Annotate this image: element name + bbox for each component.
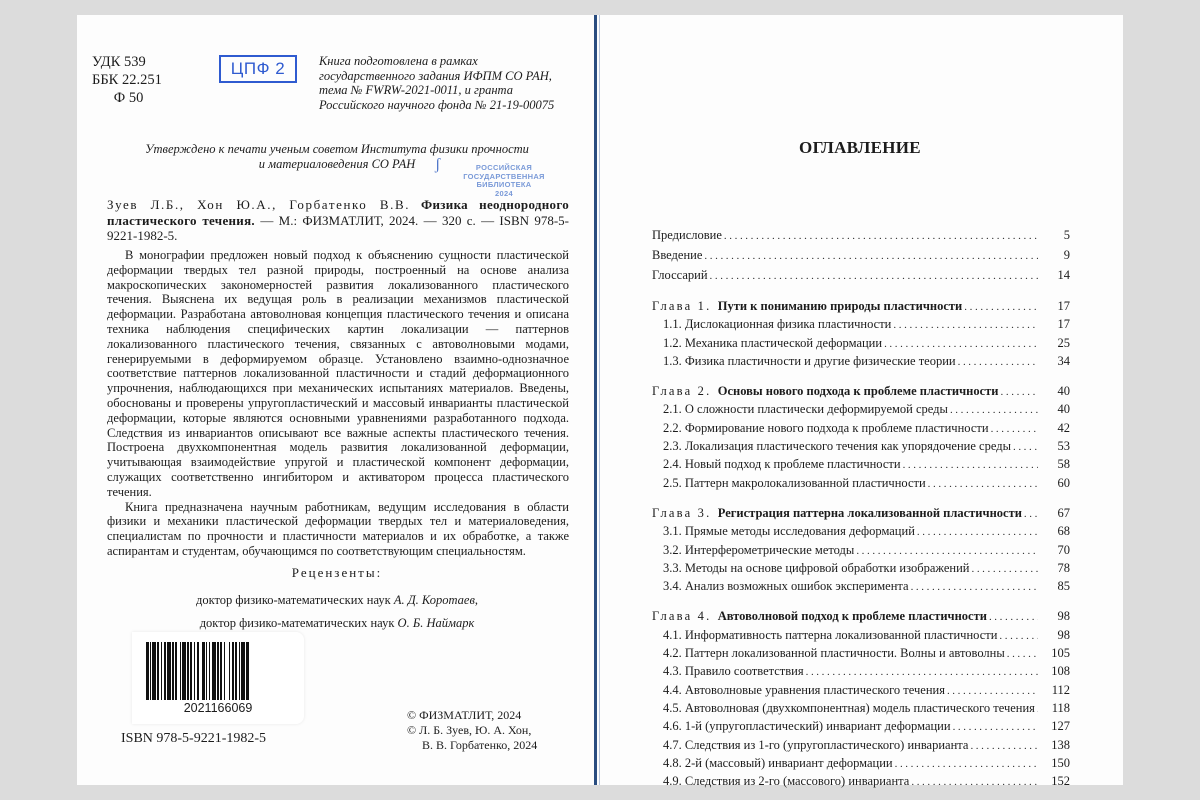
toc-page-number: 152	[1044, 772, 1070, 790]
chapter-prefix: Глава 3.	[652, 506, 711, 520]
dot-leader	[893, 316, 1038, 334]
toc-page-number: 138	[1044, 736, 1070, 754]
left-page: УДК 539 ББК 22.251 Ф 50 ЦПФ 2 Книга подг…	[77, 15, 597, 785]
dot-leader	[710, 266, 1038, 286]
toc-chapter-label: Глава 4. Автоволновой подход к проблеме …	[652, 607, 987, 625]
toc-page-number: 127	[1044, 717, 1070, 735]
toc-page-number: 34	[1044, 352, 1070, 370]
dot-leader	[895, 755, 1038, 773]
dot-leader	[958, 353, 1038, 371]
toc-page-number: 98	[1044, 607, 1070, 625]
dot-leader	[947, 682, 1038, 700]
dot-leader	[989, 608, 1038, 626]
copyright-line: © Л. Б. Зуев, Ю. А. Хон,	[407, 723, 537, 738]
toc-section-label: 4.1. Информативность паттерна локализова…	[663, 626, 997, 644]
toc-page-number: 105	[1044, 644, 1070, 662]
dot-leader	[884, 335, 1038, 353]
toc-section-label: 2.1. О сложности пластически деформируем…	[663, 400, 948, 418]
dot-leader	[1013, 438, 1038, 456]
toc-section-label: 4.7. Следствия из 1-го (упругопластическ…	[663, 736, 968, 754]
toc-entry[interactable]: Глоссарий14	[652, 265, 1070, 285]
dot-leader	[724, 226, 1038, 246]
toc-page-number: 17	[1044, 315, 1070, 333]
toc-section[interactable]: 3.1. Прямые методы исследования деформац…	[652, 522, 1070, 540]
toc-page-number: 58	[1044, 455, 1070, 473]
dot-leader	[991, 420, 1038, 438]
book-spine-edge	[599, 15, 600, 785]
toc-section-label: 1.3. Физика пластичности и другие физиче…	[663, 352, 956, 370]
dot-leader	[953, 718, 1038, 736]
dot-leader	[856, 542, 1038, 560]
dot-leader	[928, 475, 1038, 493]
toc-entry-label: Введение	[652, 245, 702, 265]
toc-section[interactable]: 1.2. Механика пластической деформации25	[652, 334, 1070, 352]
abstract-paragraph: Книга предназначена научным работникам, …	[107, 500, 569, 559]
toc-section-label: 4.6. 1-й (упругопластический) инвариант …	[663, 717, 951, 735]
toc-gap	[652, 595, 1070, 607]
toc-section-label: 1.2. Механика пластической деформации	[663, 334, 882, 352]
barcode-sticker: 2021166069	[132, 632, 304, 724]
isbn: ISBN 978-5-9221-1982-5	[121, 731, 266, 747]
toc-page-number: 67	[1044, 504, 1070, 522]
copyright-block: © ФИЗМАТЛИТ, 2024 © Л. Б. Зуев, Ю. А. Хо…	[407, 708, 537, 753]
dot-leader	[1007, 645, 1038, 663]
classification-codes: УДК 539 ББК 22.251 Ф 50	[92, 53, 162, 107]
reviewer-degree: доктор физико-математических наук	[200, 616, 395, 630]
approval-line-1: Утверждено к печати ученым советом Инсти…	[97, 142, 577, 157]
chapter-prefix: Глава 1.	[652, 299, 711, 313]
toc-section-label: 2.3. Локализация пластического течения к…	[663, 437, 1011, 455]
reviewer: доктор физико-математических наук О. Б. …	[97, 616, 577, 631]
toc-section[interactable]: 4.9. Следствия из 2-го (массового) инвар…	[652, 772, 1070, 790]
toc-entry-label: Предисловие	[652, 225, 722, 245]
reviewer-suffix: ,	[475, 593, 478, 607]
cpf-stamp: ЦПФ 2	[219, 55, 297, 83]
toc-chapter[interactable]: Глава 1. Пути к пониманию природы пласти…	[652, 297, 1070, 315]
toc-section-label: 2.2. Формирование нового подхода к пробл…	[663, 419, 989, 437]
udk-code: УДК 539	[92, 53, 162, 71]
reviewers-label: Рецензенты:	[97, 565, 577, 581]
bibliographic-record: Зуев Л.Б., Хон Ю.А., Горбатенко В.В. Физ…	[107, 197, 569, 244]
dot-leader	[911, 578, 1038, 596]
toc-section[interactable]: 3.3. Методы на основе цифровой обработки…	[652, 559, 1070, 577]
toc-page-number: 78	[1044, 559, 1070, 577]
toc-entry-label: Глоссарий	[652, 265, 708, 285]
toc-page-number: 85	[1044, 577, 1070, 595]
toc-section[interactable]: 4.8. 2-й (массовый) инвариант деформации…	[652, 754, 1070, 772]
toc-section-label: 4.8. 2-й (массовый) инвариант деформации	[663, 754, 893, 772]
toc-gap	[652, 370, 1070, 382]
toc-section-label: 3.1. Прямые методы исследования деформац…	[663, 522, 915, 540]
chapter-title: Автоволновой подход к проблеме пластично…	[718, 609, 987, 623]
toc-gap	[652, 492, 1070, 504]
toc-section-label: 4.3. Правило соответствия	[663, 662, 804, 680]
toc-heading: ОГЛАВЛЕНИЕ	[597, 138, 1123, 158]
toc-section[interactable]: 4.4. Автоволновые уравнения пластическог…	[652, 681, 1070, 699]
toc-page-number: 53	[1044, 437, 1070, 455]
right-page: ОГЛАВЛЕНИЕ Предисловие5Введение9Глоссари…	[597, 15, 1123, 785]
toc-section-label: 3.4. Анализ возможных ошибок эксперимент…	[663, 577, 909, 595]
toc-page-number: 9	[1044, 245, 1070, 265]
dot-leader	[903, 456, 1038, 474]
dot-leader	[911, 773, 1038, 791]
toc-chapter[interactable]: Глава 2. Основы нового подхода к проблем…	[652, 382, 1070, 400]
dot-leader	[964, 298, 1038, 316]
toc-section[interactable]: 4.3. Правило соответствия108	[652, 662, 1070, 680]
abstract: В монографии предложен новый подход к об…	[107, 248, 569, 559]
toc-section-label: 1.1. Дислокационная физика пластичности	[663, 315, 891, 333]
toc-section[interactable]: 3.4. Анализ возможных ошибок эксперимент…	[652, 577, 1070, 595]
toc-chapter-label: Глава 3. Регистрация паттерна локализова…	[652, 504, 1022, 522]
dot-leader	[971, 560, 1038, 578]
reviewer: доктор физико-математических наук А. Д. …	[97, 593, 577, 608]
dot-leader	[1037, 700, 1038, 718]
toc-section[interactable]: 1.3. Физика пластичности и другие физиче…	[652, 352, 1070, 370]
toc-page-number: 98	[1044, 626, 1070, 644]
reviewer-degree: доктор физико-математических наук	[196, 593, 391, 607]
toc-page-number: 60	[1044, 474, 1070, 492]
chapter-title: Основы нового подхода к проблеме пластич…	[718, 384, 999, 398]
toc-page-number: 17	[1044, 297, 1070, 315]
toc-chapter[interactable]: Глава 4. Автоволновой подход к проблеме …	[652, 607, 1070, 625]
toc-page-number: 40	[1044, 400, 1070, 418]
toc-section[interactable]: 4.6. 1-й (упругопластический) инвариант …	[652, 717, 1070, 735]
barcode-icon	[146, 642, 291, 700]
author-mark: Ф 50	[92, 89, 162, 107]
dot-leader	[704, 246, 1038, 266]
toc-section-label: 3.2. Интерферометрические методы	[663, 541, 854, 559]
toc-page-number: 14	[1044, 265, 1070, 285]
authors: Зуев Л.Б., Хон Ю.А., Горбатенко В.В.	[107, 197, 410, 212]
chapter-title: Регистрация паттерна локализованной плас…	[718, 506, 1022, 520]
dot-leader	[917, 523, 1038, 541]
dot-leader	[970, 737, 1038, 755]
toc-section[interactable]: 2.4. Новый подход к проблеме пластичност…	[652, 455, 1070, 473]
toc-entry[interactable]: Предисловие5	[652, 225, 1070, 245]
toc-page-number: 70	[1044, 541, 1070, 559]
toc-section-label: 2.5. Паттерн макролокализованной пластич…	[663, 474, 926, 492]
abstract-paragraph: В монографии предложен новый подход к об…	[107, 248, 569, 500]
toc-section-label: 2.4. Новый подход к проблеме пластичност…	[663, 455, 901, 473]
toc-section[interactable]: 2.5. Паттерн макролокализованной пластич…	[652, 474, 1070, 492]
barcode-number: 2021166069	[132, 701, 304, 715]
copyright-line: © ФИЗМАТЛИТ, 2024	[407, 708, 537, 723]
chapter-title: Пути к пониманию природы пластичности	[718, 299, 963, 313]
toc-page-number: 5	[1044, 225, 1070, 245]
toc-section[interactable]: 4.7. Следствия из 1-го (упругопластическ…	[652, 736, 1070, 754]
chapter-prefix: Глава 2.	[652, 384, 711, 398]
toc-page-number: 40	[1044, 382, 1070, 400]
reviewer-name: О. Б. Наймарк	[398, 616, 475, 630]
toc-page-number: 108	[1044, 662, 1070, 680]
toc-section-label: 4.4. Автоволновые уравнения пластическог…	[663, 681, 945, 699]
dot-leader	[1024, 505, 1038, 523]
library-stamp: РОССИЙСКАЯ ГОСУДАРСТВЕННАЯ БИБЛИОТЕКА 20…	[449, 164, 559, 198]
funding-note: Книга подготовлена в рамках государствен…	[319, 54, 569, 112]
toc-section[interactable]: 4.1. Информативность паттерна локализова…	[652, 626, 1070, 644]
dot-leader	[806, 663, 1038, 681]
dot-leader	[1001, 383, 1038, 401]
toc-page-number: 112	[1044, 681, 1070, 699]
toc-section-label: 3.3. Методы на основе цифровой обработки…	[663, 559, 969, 577]
pen-mark-icon: ʃ	[435, 157, 438, 177]
toc-section-label: 4.9. Следствия из 2-го (массового) инвар…	[663, 772, 909, 790]
toc-page-number: 118	[1044, 699, 1070, 717]
toc-page-number: 42	[1044, 419, 1070, 437]
toc-page-number: 150	[1044, 754, 1070, 772]
dot-leader	[999, 627, 1038, 645]
toc-section[interactable]: 2.2. Формирование нового подхода к пробл…	[652, 419, 1070, 437]
toc-section-label: 4.2. Паттерн локализованной пластичности…	[663, 644, 1005, 662]
toc-chapter-label: Глава 1. Пути к пониманию природы пласти…	[652, 297, 962, 315]
copyright-line: В. В. Горбатенко, 2024	[407, 738, 537, 753]
toc-gap	[652, 285, 1070, 297]
toc-section-label: 4.5. Автоволновая (двухкомпонентная) мод…	[663, 699, 1035, 717]
toc-section[interactable]: 2.1. О сложности пластически деформируем…	[652, 400, 1070, 418]
toc-page-number: 68	[1044, 522, 1070, 540]
reviewer-name: А. Д. Коротаев	[394, 593, 475, 607]
toc-section[interactable]: 4.5. Автоволновая (двухкомпонентная) мод…	[652, 699, 1070, 717]
toc-section[interactable]: 2.3. Локализация пластического течения к…	[652, 437, 1070, 455]
table-of-contents: Предисловие5Введение9Глоссарий14Глава 1.…	[652, 225, 1070, 790]
toc-chapter[interactable]: Глава 3. Регистрация паттерна локализова…	[652, 504, 1070, 522]
bbk-code: ББК 22.251	[92, 71, 162, 89]
toc-entry[interactable]: Введение9	[652, 245, 1070, 265]
chapter-prefix: Глава 4.	[652, 609, 711, 623]
toc-section[interactable]: 3.2. Интерферометрические методы70	[652, 541, 1070, 559]
toc-section[interactable]: 4.2. Паттерн локализованной пластичности…	[652, 644, 1070, 662]
toc-chapter-label: Глава 2. Основы нового подхода к проблем…	[652, 382, 999, 400]
dot-leader	[950, 401, 1038, 419]
toc-section[interactable]: 1.1. Дислокационная физика пластичности1…	[652, 315, 1070, 333]
book-spine	[594, 15, 597, 785]
toc-page-number: 25	[1044, 334, 1070, 352]
